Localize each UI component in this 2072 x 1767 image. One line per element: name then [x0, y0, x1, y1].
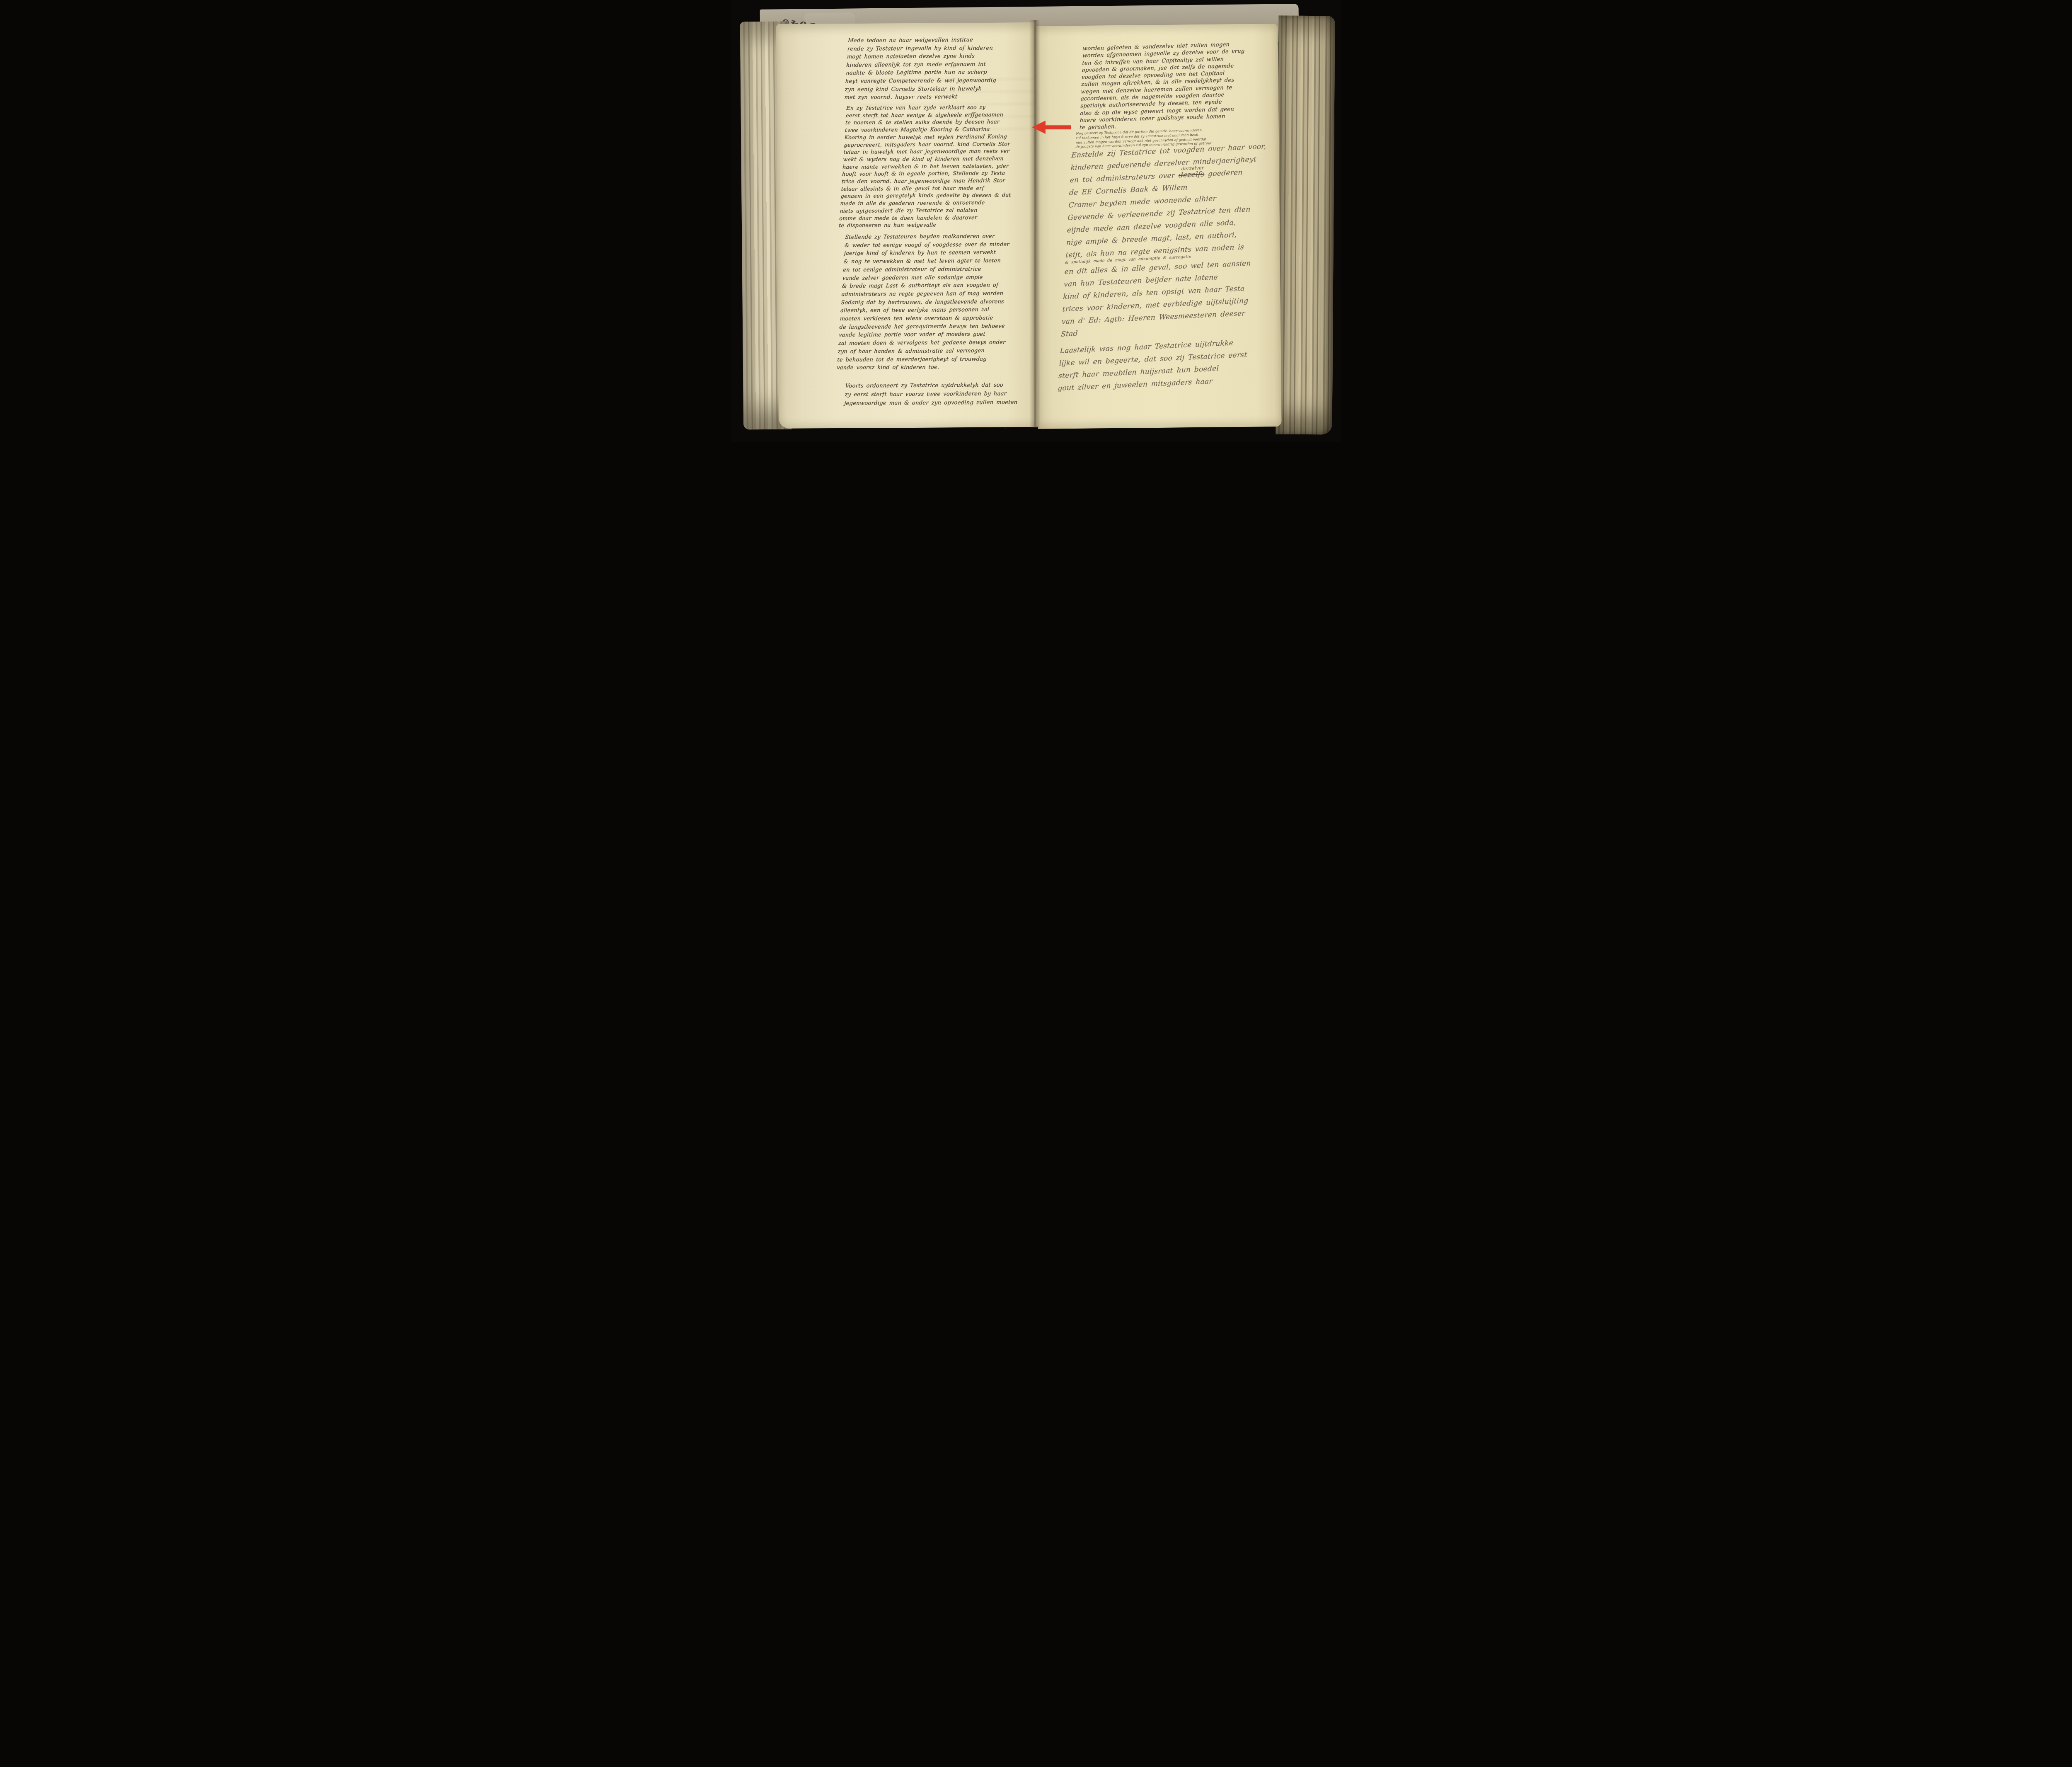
text-line: Stellende zy Testateuren beyden malkande…	[845, 232, 1013, 241]
text-line: Sodanig dat by hertrouwen, de langstleev…	[841, 298, 1009, 307]
text-line: moeten verkiesen ten wiens overstaan & a…	[840, 314, 1007, 323]
right-dense-paragraph: worden gelaeten & vandezelve niet zullen…	[1080, 41, 1245, 131]
right-large-block-c: en dit alles & in alle geval, soo wel te…	[1060, 257, 1260, 340]
right-large-block-d: Laastelijk was nog haar Testatrice uijtd…	[1058, 336, 1255, 395]
text-line: te disponeeren na hun welgevalle	[839, 221, 1009, 230]
text-line: wekt & wyders nog de kind of kinderen me…	[843, 155, 1014, 163]
text-line: vande voorsz kind of kinderen toe.	[836, 363, 1004, 372]
right-page-stack-edges	[1276, 16, 1335, 435]
text-line: zyn of haar handen & administratie zal v…	[838, 347, 1005, 356]
text-line: naakte & bloote Legitime portie hun na s…	[845, 68, 997, 78]
text-line: rende zy Testateur ingevalle hy kind of …	[847, 44, 998, 53]
manuscript-photo: 1640 Mede tedoen na haar welgevallen ins…	[731, 0, 1341, 442]
correction-suffix: goederen	[1204, 168, 1243, 178]
inserted-word: derzelver	[1181, 162, 1204, 175]
text-line: Kooring in eerder huwelyk met wylen Ferd…	[844, 133, 1015, 141]
text-line: zal moeten doen & vervolgens het gedaene…	[838, 339, 1006, 348]
left-paragraph-2: En zy Testatrice van haar zyde verklaart…	[839, 104, 1017, 230]
right-large-block-b: de EE Cornelis Baak & WillemCramer beyde…	[1065, 178, 1264, 262]
text-line: & weder tot eenige voogd of voogdesse ov…	[844, 240, 1012, 250]
text-line: alleenlyk, een of twee eerlyke mans pers…	[840, 306, 1008, 315]
text-line: de langstleevende het gerequireerde bewy…	[839, 322, 1007, 331]
text-line: en tot eenige administrateur of administ…	[843, 265, 1011, 274]
left-page: Mede tedoen na haar welgevallen institue…	[776, 22, 1038, 429]
text-line: heyt vanregte Competeerende & wel jegenw…	[845, 77, 996, 86]
text-line: Voorts ordonneert zy Testatrice uytdrukk…	[845, 381, 1019, 390]
right-page: worden gelaeten & vandezelve niet zullen…	[1034, 24, 1281, 429]
left-paragraph-1: Mede tedoen na haar welgevallen institue…	[844, 36, 999, 102]
left-paragraph-3: Stellende zy Testateuren beyden malkande…	[836, 232, 1012, 372]
right-large-text: Enstelde zij Testatrice tot voogden over…	[1058, 140, 1267, 395]
text-line: jegenwoordige man & onder zyn opvoeding …	[844, 398, 1017, 408]
text-line: met zyn voornd. huysvr reets verwekt	[844, 93, 995, 102]
book-gutter-shadow	[1029, 20, 1040, 428]
text-line: administrateurs na regte gegeeven kan of…	[841, 289, 1009, 298]
text-line: zy eerst sterft haar voorsz twee voorkin…	[845, 389, 1018, 399]
text-line: te behouden tot de meerderjaerigheyt of …	[837, 355, 1005, 364]
text-line: trice den voornd. haar jegenwoordige man…	[841, 177, 1012, 185]
text-line: mogt komen natelaeten dezelve zyne kinds	[847, 52, 998, 61]
text-line: & brede magt Last & authoriteyt als aan …	[842, 281, 1009, 291]
text-line: genaem in een geregtelyk kinds gedeelte …	[840, 192, 1011, 200]
text-line: jaerige kind of kinderen by hun te saeme…	[844, 249, 1012, 258]
text-line: te noemen & te stellen sulks doende by d…	[845, 119, 1016, 127]
text-line: vande zelver goederen met alle sodanige …	[842, 273, 1010, 282]
text-line: Mede tedoen na haar welgevallen institue	[847, 36, 999, 45]
text-line: vande legitime portie voor vader of moed…	[838, 330, 1006, 339]
text-line: zyn eenig kind Cornelis Stortelaar in hu…	[845, 85, 996, 94]
text-line: kinderen alleenlyk tot zyn mede erfgenae…	[846, 60, 997, 69]
left-paragraph-4: Voorts ordonneert zy Testatrice uytdrukk…	[844, 381, 1019, 408]
red-arrow-annotation-icon	[1032, 121, 1071, 134]
text-line: & nog te verwekken & met het leven agter…	[843, 257, 1011, 266]
